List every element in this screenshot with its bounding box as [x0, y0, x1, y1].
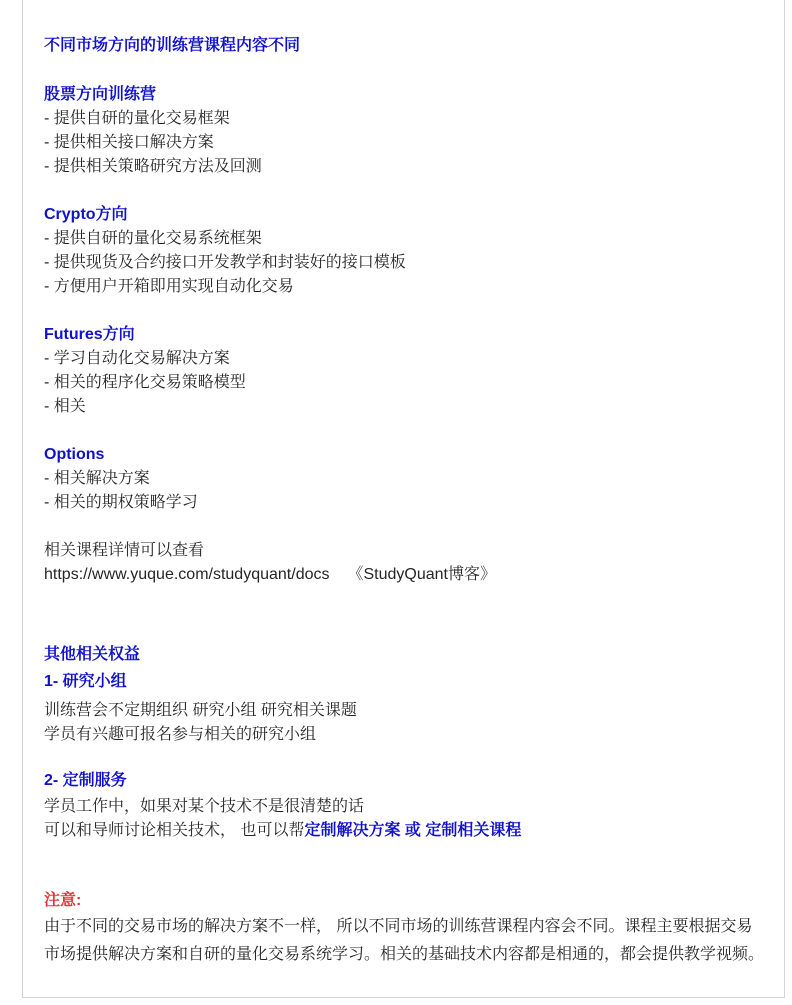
- course-item: - 学习自动化交易解决方案: [44, 347, 767, 371]
- benefits-heading: 其他相关权益: [44, 643, 767, 667]
- course-item: - 相关解决方案: [44, 467, 767, 491]
- benefits-block: 其他相关权益 1- 研究小组 训练营会不定期组织 研究小组 研究相关课题 学员有…: [44, 643, 767, 843]
- section-stocks: 股票方向训练营 - 提供自研的量化交易框架 - 提供相关接口解决方案 - 提供相…: [44, 83, 767, 179]
- course-item: - 相关的程序化交易策略模型: [44, 371, 767, 395]
- section-futures: Futures方向 - 学习自动化交易解决方案 - 相关的程序化交易策略模型 -…: [44, 323, 767, 419]
- custom-service-heading: 2- 定制服务: [44, 769, 767, 793]
- research-group-body: 训练营会不定期组织 研究小组 研究相关课题 学员有兴趣可报名参与相关的研究小组: [44, 699, 767, 747]
- course-docs-url: https://www.yuque.com/studyquant/docs: [44, 566, 329, 583]
- course-item: - 提供自研的量化交易系统框架: [44, 227, 767, 251]
- blog-label: 《StudyQuant博客》: [347, 566, 496, 583]
- section-crypto: Crypto方向 - 提供自研的量化交易系统框架 - 提供现货及合约接口开发教学…: [44, 203, 767, 299]
- custom-service-body: 学员工作中，如果对某个技术不是很清楚的话 可以和导师讨论相关技术， 也可以帮定制…: [44, 795, 767, 843]
- document-page: 不同市场方向的训练营课程内容不同 股票方向训练营 - 提供自研的量化交易框架 -…: [22, 0, 785, 998]
- section-heading-options: Options: [44, 443, 767, 467]
- notice-body: 由于不同的交易市场的解决方案不一样， 所以不同市场的训练营课程内容会不同。课程主…: [44, 913, 767, 969]
- page-title: 不同市场方向的训练营课程内容不同: [44, 34, 767, 58]
- custom-service-highlight: 定制解决方案 或 定制相关课程: [304, 822, 521, 839]
- notice-block: 注意: 由于不同的交易市场的解决方案不一样， 所以不同市场的训练营课程内容会不同…: [44, 889, 767, 969]
- course-item: - 提供相关策略研究方法及回测: [44, 155, 767, 179]
- section-options: Options - 相关解决方案 - 相关的期权策略学习: [44, 443, 767, 515]
- research-group-line: 学员有兴趣可报名参与相关的研究小组: [44, 723, 767, 747]
- custom-service-text: 可以和导师讨论相关技术， 也可以帮: [44, 822, 304, 839]
- research-group-heading: 1- 研究小组: [44, 670, 767, 694]
- course-item: - 相关的期权策略学习: [44, 491, 767, 515]
- course-item: - 提供现货及合约接口开发教学和封装好的接口模板: [44, 251, 767, 275]
- course-info-intro: 相关课程详情可以查看: [44, 539, 767, 563]
- course-item: - 提供相关接口解决方案: [44, 131, 767, 155]
- section-heading-crypto: Crypto方向: [44, 203, 767, 227]
- course-item: - 相关: [44, 395, 767, 419]
- course-item: - 提供自研的量化交易框架: [44, 107, 767, 131]
- course-item: - 方便用户开箱即用实现自动化交易: [44, 275, 767, 299]
- course-info-link-line: https://www.yuque.com/studyquant/docs《St…: [44, 563, 767, 587]
- section-heading-futures: Futures方向: [44, 323, 767, 347]
- course-info: 相关课程详情可以查看 https://www.yuque.com/studyqu…: [44, 539, 767, 587]
- notice-heading: 注意:: [44, 889, 767, 913]
- research-group-line: 训练营会不定期组织 研究小组 研究相关课题: [44, 699, 767, 723]
- section-heading-stocks: 股票方向训练营: [44, 83, 767, 107]
- custom-service-line: 可以和导师讨论相关技术， 也可以帮定制解决方案 或 定制相关课程: [44, 819, 767, 843]
- custom-service-line: 学员工作中，如果对某个技术不是很清楚的话: [44, 795, 767, 819]
